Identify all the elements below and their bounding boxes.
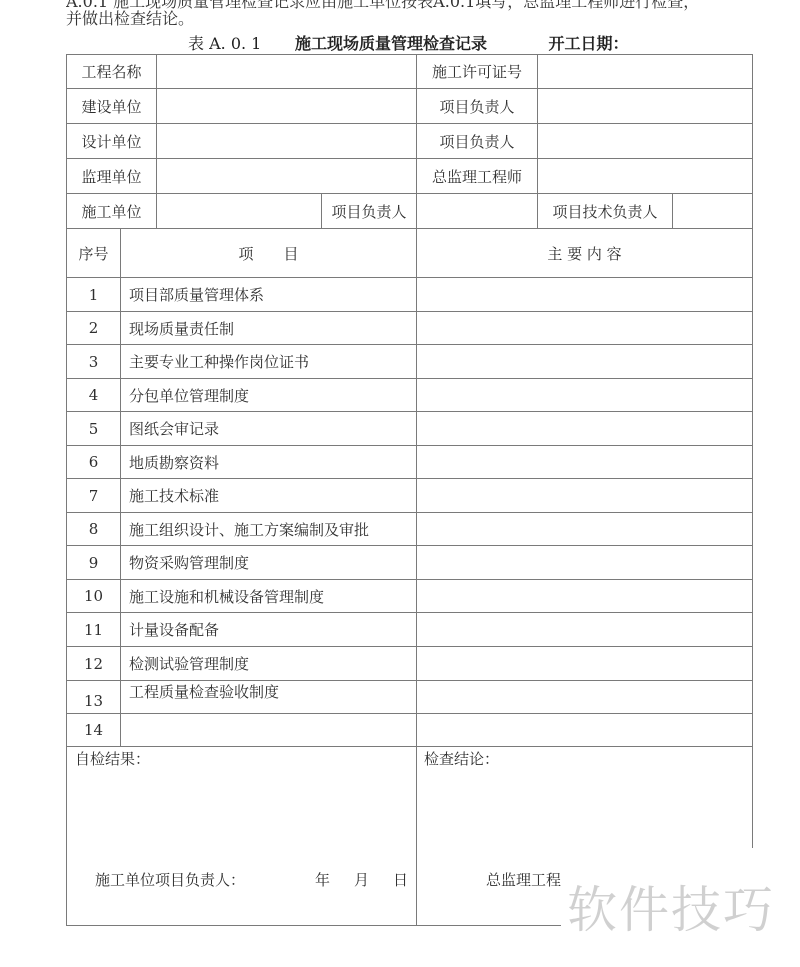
row-item: 图纸会审记录 <box>121 412 416 445</box>
owner-manager-field[interactable] <box>538 89 752 123</box>
row-no: 1 <box>67 278 120 311</box>
row-content-field[interactable] <box>417 312 752 344</box>
row-item: 物资采购管理制度 <box>121 546 416 579</box>
row-content-field[interactable] <box>417 479 752 512</box>
owner-unit-field[interactable] <box>157 89 416 123</box>
row-content-field[interactable] <box>417 513 752 545</box>
row-no: 11 <box>67 613 120 646</box>
project-name-field[interactable] <box>157 55 416 88</box>
col-header-content: 主 要 内 容 <box>417 229 752 277</box>
design-manager-label: 项目负责人 <box>417 124 537 158</box>
date-year-label: 年 <box>315 869 330 889</box>
row-item: 施工设施和机械设备管理制度 <box>121 580 416 612</box>
row-no: 8 <box>67 513 120 545</box>
row-no: 13 <box>67 681 120 713</box>
row-no: 4 <box>67 379 120 411</box>
row-no: 3 <box>67 345 120 378</box>
row-content-field[interactable] <box>417 345 752 378</box>
row-no: 12 <box>67 647 120 680</box>
chief-supervisor-sign-label: 总监理工程 <box>486 869 561 889</box>
row-item: 施工组织设计、施工方案编制及审批 <box>121 513 416 545</box>
inspection-conclusion-label: 检查结论： <box>424 748 499 768</box>
chief-supervisor-field[interactable] <box>538 159 752 193</box>
row-content-field[interactable] <box>417 714 752 746</box>
col-header-no: 序号 <box>67 229 120 277</box>
row-item: 计量设备配备 <box>121 613 416 646</box>
row-no: 7 <box>67 479 120 512</box>
row-item: 地质勘察资料 <box>121 446 416 478</box>
table-name: 施工现场质量管理检查记录 <box>295 31 487 54</box>
watermark-text: 软件技巧 <box>567 870 775 942</box>
construction-permit-field[interactable] <box>538 55 752 88</box>
construction-permit-label: 施工许可证号 <box>417 55 537 88</box>
supervision-unit-label: 监理单位 <box>67 159 156 193</box>
design-unit-label: 设计单位 <box>67 124 156 158</box>
supervision-unit-field[interactable] <box>157 159 416 193</box>
owner-unit-label: 建设单位 <box>67 89 156 123</box>
self-check-label: 自检结果： <box>75 748 150 768</box>
chief-supervisor-label: 总监理工程师 <box>417 159 537 193</box>
contractor-tech-manager-label: 项目技术负责人 <box>538 194 672 228</box>
contractor-manager-label: 项目负责人 <box>322 194 416 228</box>
contractor-unit-field[interactable] <box>157 194 321 228</box>
contractor-sign-label: 施工单位项目负责人： <box>95 869 245 889</box>
row-no: 6 <box>67 446 120 478</box>
contractor-manager-field[interactable] <box>417 194 537 228</box>
design-unit-field[interactable] <box>157 124 416 158</box>
row-content-field[interactable] <box>417 278 752 311</box>
row-item: 现场质量责任制 <box>121 312 416 344</box>
owner-manager-label: 项目负责人 <box>417 89 537 123</box>
row-content-field[interactable] <box>417 580 752 612</box>
row-content-field[interactable] <box>417 546 752 579</box>
self-check-field[interactable] <box>67 770 416 865</box>
table-code: 表 A. 0. 1 <box>188 31 261 54</box>
row-no: 2 <box>67 312 120 344</box>
row-no: 9 <box>67 546 120 579</box>
row-content-field[interactable] <box>417 681 752 713</box>
project-name-label: 工程名称 <box>67 55 156 88</box>
row-item: 主要专业工种操作岗位证书 <box>121 345 416 378</box>
start-date-label: 开工日期： <box>549 31 629 54</box>
row-content-field[interactable] <box>417 412 752 445</box>
row-item: 工程质量检查验收制度 <box>121 681 416 713</box>
row-content-field[interactable] <box>417 446 752 478</box>
contractor-unit-label: 施工单位 <box>67 194 156 228</box>
contractor-tech-manager-field[interactable] <box>673 194 752 228</box>
date-day-label: 日 <box>393 869 408 889</box>
design-manager-field[interactable] <box>538 124 752 158</box>
row-no: 14 <box>67 714 120 746</box>
row-content-field[interactable] <box>417 379 752 411</box>
table-title: 表 A. 0. 1 施工现场质量管理检查记录 开工日期： <box>188 31 629 54</box>
col-header-item: 项 目 <box>121 229 416 277</box>
row-item: 施工技术标准 <box>121 479 416 512</box>
date-month-label: 月 <box>354 869 369 889</box>
row-item: 分包单位管理制度 <box>121 379 416 411</box>
row-item-field[interactable] <box>121 714 416 746</box>
row-item: 检测试验管理制度 <box>121 647 416 680</box>
row-content-field[interactable] <box>417 613 752 646</box>
row-no: 5 <box>67 412 120 445</box>
row-no: 10 <box>67 580 120 612</box>
row-item: 项目部质量管理体系 <box>121 278 416 311</box>
intro-line-2: 并做出检查结论。 <box>66 6 194 29</box>
row-content-field[interactable] <box>417 647 752 680</box>
